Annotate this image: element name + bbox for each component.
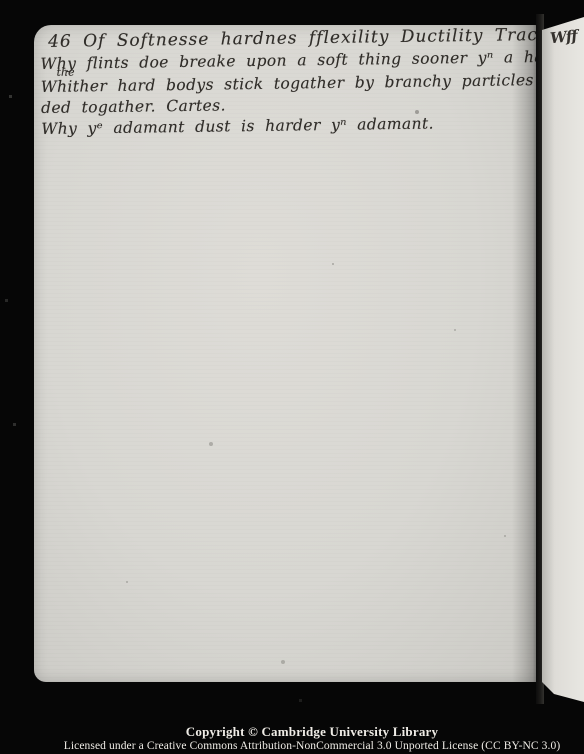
facing-page-writing-fragment: Wff — [549, 27, 578, 48]
facing-page-edge: Wff — [542, 14, 584, 702]
interlinear-insertion: the — [57, 68, 75, 78]
manuscript-text-block: 46 Of Softnesse hardnes fflexility Ducti… — [40, 25, 533, 140]
paper-specks — [34, 25, 36, 27]
copyright-footer: Copyright © Cambridge University Library… — [0, 724, 584, 752]
license-line: Licensed under a Creative Commons Attrib… — [40, 740, 584, 752]
scan-frame: 46 Of Softnesse hardnes fflexility Ducti… — [0, 0, 584, 754]
copyright-line: Copyright © Cambridge University Library — [40, 724, 584, 740]
dust-specks — [0, 0, 1, 1]
manuscript-page: 46 Of Softnesse hardnes fflexility Ducti… — [34, 25, 538, 682]
